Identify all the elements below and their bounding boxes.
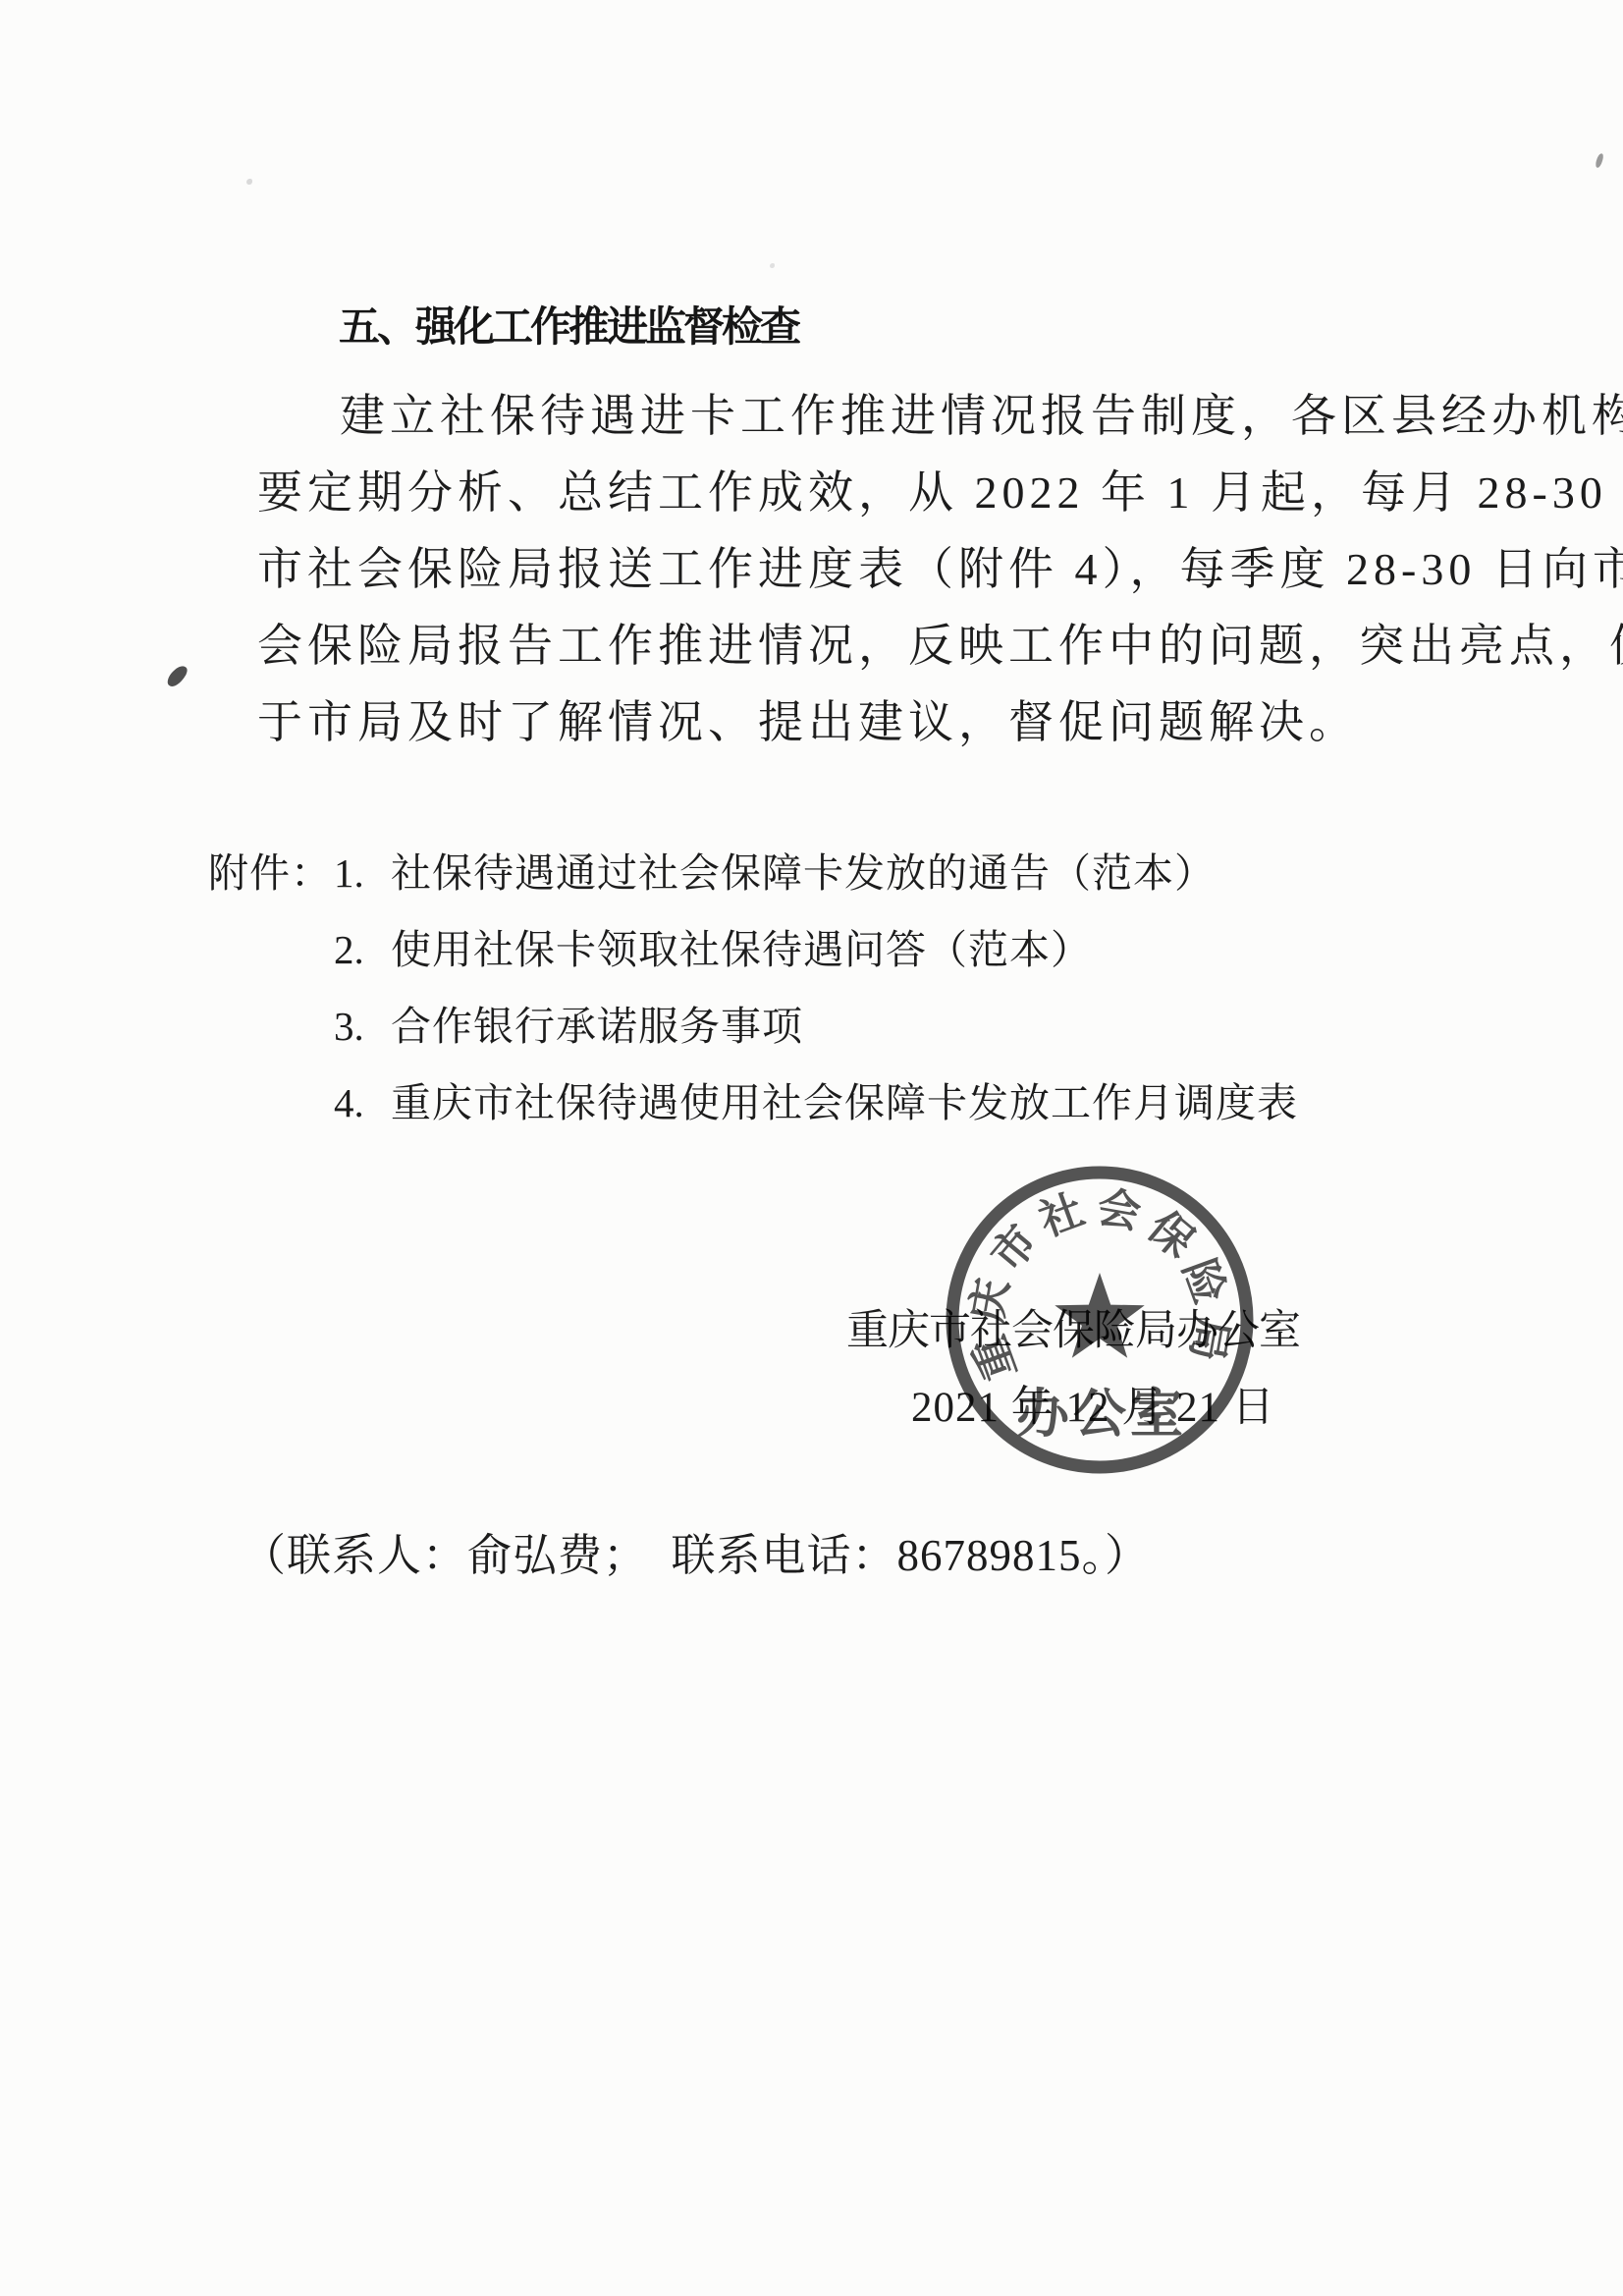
attachment-item: 附件：1.社保待遇通过社会保障卡发放的通告（范本）: [334, 850, 1216, 897]
paragraph-line: 要定期分析、总结工作成效，从 2022 年 1 月起，每月 28-30 日向: [257, 467, 1519, 519]
contact-info: （联系人：俞弘费； 联系电话：86789815。）: [242, 1532, 1150, 1581]
paragraph-line: 市社会保险局报送工作进度表（附件 4），每季度 28-30 日向市社: [257, 544, 1519, 596]
attachment-text: 合作银行承诺服务事项: [391, 1004, 803, 1049]
seal-arc-char: 会: [1094, 1183, 1145, 1238]
seal-star-icon: [1055, 1273, 1144, 1358]
attachment-item: 3.合作银行承诺服务事项: [334, 1004, 803, 1050]
attachments-label: 附件：: [208, 850, 332, 897]
attachment-text: 社保待遇通过社会保障卡发放的通告（范本）: [391, 850, 1216, 896]
official-seal: 办公室 重庆市社会保险局: [938, 1159, 1268, 1489]
attachment-text: 使用社保卡领取社保待遇问答（范本）: [391, 927, 1092, 972]
attachment-item: 2.使用社保卡领取社保待遇问答（范本）: [334, 927, 1092, 973]
attachment-item: 4.重庆市社保待遇使用社会保障卡发放工作月调度表: [334, 1080, 1298, 1126]
attachment-number: 2.: [334, 927, 391, 973]
seal-graphic: 办公室 重庆市社会保险局: [938, 1159, 1268, 1489]
seal-arc-char: 险: [1174, 1253, 1234, 1310]
attachment-text: 重庆市社保待遇使用社会保障卡发放工作月调度表: [391, 1080, 1298, 1125]
ink-speck: [165, 663, 190, 690]
seal-arc-char: 社: [1033, 1185, 1090, 1245]
ink-speck: [246, 179, 252, 185]
ink-speck: [770, 263, 775, 268]
seal-bottom-text: 办公室: [1016, 1385, 1187, 1444]
seal-arc-char: 局: [1181, 1314, 1236, 1365]
document-page: { "page": { "heading": "五、强化工作推进监督检查", "…: [0, 0, 1623, 2296]
section-heading: 五、强化工作推进监督检查: [339, 304, 798, 350]
seal-arc-char: 庆: [963, 1275, 1018, 1326]
paragraph-line: 于市局及时了解情况、提出建议，督促问题解决。: [257, 697, 1519, 749]
paragraph-line: 会保险局报告工作推进情况，反映工作中的问题，突出亮点，便: [257, 621, 1519, 673]
attachment-number: 3.: [334, 1004, 391, 1050]
seal-arc-char: 重: [965, 1330, 1025, 1387]
attachment-number: 1.: [334, 850, 391, 897]
attachment-number: 4.: [334, 1080, 391, 1126]
ink-speck: [1595, 152, 1604, 168]
paragraph-line: 建立社保待遇进卡工作推进情况报告制度，各区县经办机构: [340, 391, 1519, 443]
